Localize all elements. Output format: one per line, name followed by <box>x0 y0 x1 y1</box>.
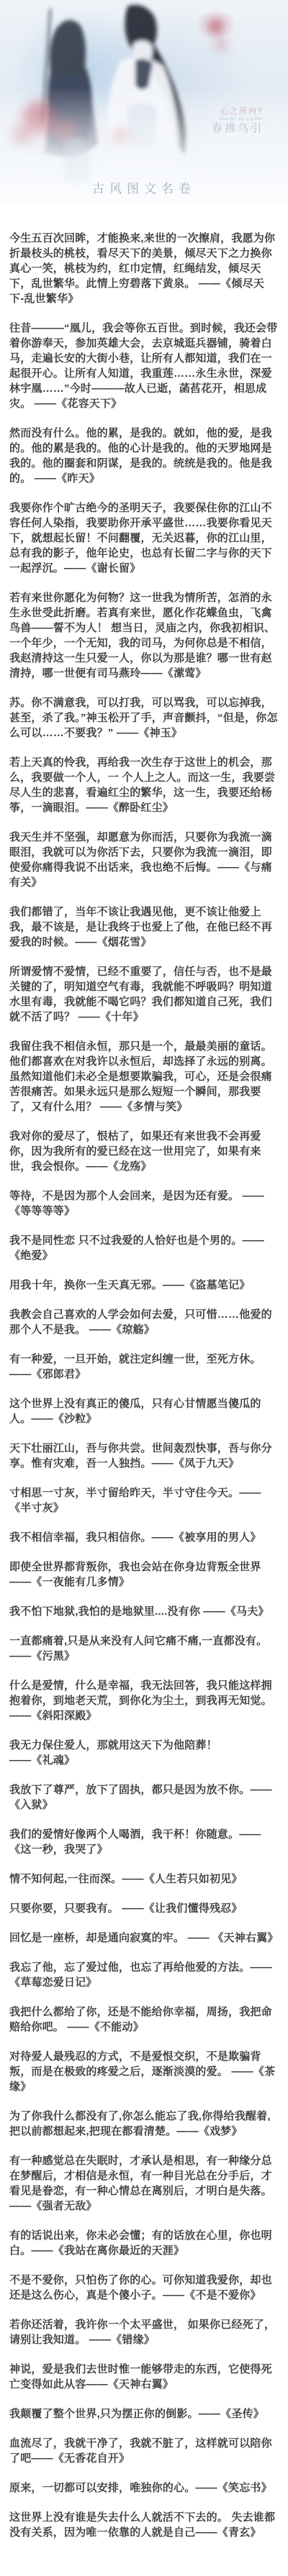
quote-source: ——《多情与笑》 <box>100 1101 188 1113</box>
quote-item: 我天生并不坚强，却愿意为你而活，只要你为我流一滴眼泪，我就可以为你活下去，只要你… <box>9 830 279 890</box>
quote-item: 若有来世你愿化为何物？这一世我为情所苦，怎消的永生永世受此折磨。若真有来世，愿化… <box>9 590 279 681</box>
quote-source: ——《沙粒》 <box>31 1413 96 1425</box>
quote-item: 回忆是一座桥，却是通向寂寞的牢。 —— 《天神右翼》 <box>9 1930 279 1945</box>
quote-source: ——《盗墓笔记》 <box>163 1279 251 1291</box>
quote-source: ——《神玉》 <box>117 727 182 739</box>
quote-item: 有的话说出来，你未必会懂；有的话放在心里，你也明白。——《我站在离你最近的天涯》 <box>9 2228 279 2258</box>
quote-source: ——《花容天下》 <box>35 398 122 410</box>
page-title: 古风图文名卷 <box>0 178 288 196</box>
quote-item: 我教会自己喜欢的人学会如何去爱，只可惜……他爱的那个人不是我。 ——《琼觞》 <box>9 1307 279 1337</box>
quote-source: ——《被享用的男人》 <box>152 1531 261 1544</box>
quote-text: 什么是爱情，什么是幸福，我无法回答，我只能这样拥抱着你，到地老天荒，到你化为尘土… <box>9 1679 272 1707</box>
quote-source: ——《戏梦》 <box>176 2125 242 2137</box>
quote-item: 今生五百次回眸，才能换来,来世的一次擦肩，我愿为你折最枝头的桃枝，看尽天下的美景… <box>9 231 279 306</box>
quote-text: 对待爱人最残忍的方式，不是爱恨交织，不是欺骗背叛，而是在极致的疼爱之后，逐渐淡漠… <box>9 2050 261 2078</box>
quote-text: 只要你要，只要我有。 <box>9 1902 122 1915</box>
quote-text: 等待，不是因为那个人会回来，是因为还有爱。 <box>9 1190 243 1202</box>
quote-text: 回忆是一座桥，却是通向寂寞的牢。 <box>9 1932 188 1944</box>
quote-item: 我忘了他，忘了爱过他，也忘了再给他爱的方法。——《草莓恋爱日记》 <box>9 1960 279 1990</box>
quote-item: 不是不爱你，只怕伤了你的心。可你知道我爱你，却也还是这么伤心，真是个傻小子。——… <box>9 2273 279 2303</box>
quote-source: ——《笑忘书》 <box>195 2482 271 2494</box>
quote-text: 原来，一切都可以安排，唯独你的心。 <box>9 2482 195 2494</box>
quote-source: ——《不是不爱你》 <box>163 2289 261 2301</box>
quote-item: 我放下了尊严，放下了固执，都只是因为放不你。——《入狱》 <box>9 1782 279 1812</box>
quote-text: 有一种爱，一旦开始，就注定纠缠一世，至死方休。 <box>9 1353 261 1365</box>
quote-text: 一直都痛着,只是从来没有人问它痛不痛,一直都没有。 <box>9 1635 267 1647</box>
quote-item: 原来，一切都可以安排，唯独你的心。——《笑忘书》 <box>9 2480 279 2495</box>
quote-list: 今生五百次回眸，才能换来,来世的一次擦肩，我愿为你折最枝头的桃枝，看尽天下的美景… <box>0 202 288 2576</box>
quote-item: 血流尽了，我就干净了，我就不脏了，这样就可以陪你了吧——《无香花自开》 <box>9 2436 279 2466</box>
quote-text: 情不知何起,一往而深。 <box>9 1873 122 1885</box>
quote-source: ——《醉卧红尘》 <box>86 802 174 814</box>
quote-item: 这个世界上没有真正的傻瓜，只有心甘情愿当傻瓜的人。——《沙粒》 <box>9 1396 279 1426</box>
quote-source: ——《让我们懂得残忍》 <box>122 1902 242 1915</box>
quote-item: 等待，不是因为那个人会回来，是因为还有爱。 —— 《等等等等》 <box>9 1188 279 1219</box>
quote-text: 我们的爱情好像两个人喝酒，我干杯！你随意。 <box>9 1828 239 1841</box>
quote-text: 用我十年，换你一生天真无邪。 <box>9 1279 163 1291</box>
quote-item: 我不是同性恋 只不过我爱的人恰好也是个男的。——《绝爱》 <box>9 1233 279 1263</box>
quote-item: 寸相思一寸灰，半寸留给昨天，半寸守住今天。——《半寸灰》 <box>9 1485 279 1516</box>
quote-source: ——《不能动》 <box>67 2021 143 2033</box>
quote-source: ——《错缘》 <box>89 2334 155 2346</box>
quote-item: 什么是爱情，什么是幸福，我无法回答，我只能这样拥抱着你，到地老天荒，到你化为尘土… <box>9 1678 279 1723</box>
quote-item: 神说，爱是我们去世时惟一能够带走的东西，它使得死亡变得如此从容——《天神右翼》 <box>9 2362 279 2392</box>
quote-source: —— 《天神右翼》 <box>188 1932 279 1944</box>
quote-source: ——《琼觞》 <box>89 1324 155 1336</box>
quote-source: ——《一夜能有几多情》 <box>9 1576 130 1588</box>
quote-text: 我不相信幸福，我只相信你。 <box>9 1531 152 1544</box>
quote-source: ——《潆莺》 <box>140 667 206 679</box>
quote-item: 所谓爱情不爱情，已经不重要了，信任与否，也不是最关键的了，明知道空气有毒，我就能… <box>9 964 279 1025</box>
quote-text: 有一种感觉总在失眠时，才承认是相思，有一种缘分总在梦醒后，才相信是永恒，有一种目… <box>9 2155 272 2197</box>
quote-item: 我要你作个旷古绝今的圣明天子，我要保住你的江山不容任何人染指，我要助你开承平盛世… <box>9 500 279 576</box>
quote-text: 我不是同性恋 只不过我爱的人恰好也是个男的。 <box>9 1234 243 1247</box>
quote-source: ——《斜阳深殿》 <box>9 1710 97 1722</box>
quote-item: 苏。你不满意我，可以打我，可以骂我，可以忘掉我，甚至，杀了我。”神玉松开了手，声… <box>9 695 279 741</box>
quote-source: ——《青玄》 <box>195 2526 261 2539</box>
quote-source: ——《谢长留》 <box>64 562 140 574</box>
quote-item: 只要你要，只要我有。 ——《让我们懂得残忍》 <box>9 1901 279 1916</box>
quote-item: 我们都错了，当年不该让我遇见他，更不该让他爱上我，最不该是，是让我终于也爱上了他… <box>9 904 279 950</box>
quote-item: 往昔———“凰儿，我会等你五百世。到时候，我还会带着你游奉天，参加英雄大会，去京… <box>9 321 279 411</box>
quote-item: 若你还活着，我许你一个太平盛世， 如果你已经死了，请别让我知道。 ——《错缘》 <box>9 2317 279 2347</box>
quote-source: ——《龙殇》 <box>86 1160 151 1173</box>
quote-text: 若有来世你愿化为何物？这一世我为情所苦，怎消的永生永世受此折磨。若真有来世，愿化… <box>9 592 275 679</box>
quote-source: ——《马夫》 <box>203 1605 269 1618</box>
quote-item: 我无力保住爱人，那就用这天下为他陪葬！——《礼魂》 <box>9 1738 279 1768</box>
article-page: 心之所向? design by yiyomr 春拂鸟引 古风图文名卷 今生五百次… <box>0 0 288 2576</box>
quote-source: ——《圣传》 <box>199 2408 264 2420</box>
quote-source: ——《我站在离你最近的天涯》 <box>31 2245 184 2257</box>
quote-item: 用我十年，换你一生天真无邪。——《盗墓笔记》 <box>9 1278 279 1293</box>
quote-source: ——《昨天》 <box>35 472 100 485</box>
quote-item: 天下壮丽江山，吾与你共尝。世间轰烈快事，吾与你分享。惟有灾难，吾一人独挡。——《… <box>9 1441 279 1471</box>
quote-item: 即使全世界都背叛你，我也会站在你身边背叛全世界 ——《一夜能有几多情》 <box>9 1559 279 1590</box>
quote-source: ——《天神右翼》 <box>86 2378 174 2391</box>
quote-item: 情不知何起,一往而深。——《人生若只如初见》 <box>9 1871 279 1887</box>
quote-item: 有一种感觉总在失眠时，才承认是相思，有一种缘分总在梦醒后，才相信是永恒，有一种目… <box>9 2153 279 2214</box>
quote-item: 对待爱人最残忍的方式，不是爱恨交织，不是欺骗背叛，而是在极致的疼爱之后，逐渐淡漠… <box>9 2049 279 2094</box>
quote-source: ——《烟花雪》 <box>75 936 151 948</box>
quote-source: ——《强者无敌》 <box>9 2200 97 2212</box>
quote-item: 我对你的爱尽了，恨枯了，如果还有来世我不会再爱你，因为我所有的爱已经在这一世用完… <box>9 1129 279 1174</box>
quote-item: 有一种爱，一旦开始，就注定纠缠一世，至死方休。——《邪郎君》 <box>9 1352 279 1382</box>
quote-item: 为了你我什么都没有了,你怎么能忘了我,你得给我醒着,把以前都想起来,把现在都看清… <box>9 2109 279 2139</box>
quote-source: ——《污黑》 <box>9 1650 75 1662</box>
quote-source: ——《礼魂》 <box>9 1754 75 1766</box>
header-illustration: 心之所向? design by yiyomr 春拂鸟引 古风图文名卷 <box>0 0 288 202</box>
quote-text: 即使全世界都背叛你，我也会站在你身边背叛全世界 <box>9 1561 261 1573</box>
quote-text: 往昔———“凰儿，我会等你五百世。到时候，我还会带着你游奉天，参加英雄大会，去京… <box>9 322 278 410</box>
quote-source: ——《无香花自开》 <box>31 2452 130 2465</box>
quote-source: ——《凤于九天》 <box>152 1457 240 1470</box>
quote-item: 一直都痛着,只是从来没有人问它痛不痛,一直都没有。——《污黑》 <box>9 1633 279 1664</box>
quote-item: 我留住我不相信永恒，那只是一个，最最美丽的童话。他们都喜欢在对我许以永恒后，却选… <box>9 1039 279 1114</box>
quote-item: 我不怕下地狱,我怕的是地狱里....没有你 ——《马夫》 <box>9 1604 279 1619</box>
quote-item: 我把什么都给了你，还是不能给你幸福，周扬，我把命赔给你吧。 ——《不能动》 <box>9 2004 279 2035</box>
quote-item: 这世界上没有谁是失去什么人就活不下去的。 失去谁都没有关系，因为唯一依靠的人就是… <box>9 2510 279 2540</box>
quote-source: ——《十年》 <box>78 1011 144 1023</box>
quote-item: 若上天真的怜我，再给我一次生存于这世上的机会，那么，我要做一个人，一 个人上之人… <box>9 755 279 815</box>
illustration-figures <box>0 0 288 202</box>
quote-item: 我们的爱情好像两个人喝酒，我干杯！你随意。——《这一秒，我哭了》 <box>9 1827 279 1857</box>
quote-text: 寸相思一寸灰，半寸留给昨天，半寸守住今天。 <box>9 1487 239 1499</box>
quote-text: 我放下了尊严，放下了固执，都只是因为放不你。 <box>9 1784 250 1796</box>
quote-text: 我无力保住爱人，那就用这天下为他陪葬！ <box>9 1739 217 1751</box>
quote-source: ——《邪郎君》 <box>9 1368 86 1380</box>
quote-text: 我颠覆了整个世界,只为摆正你的倒影。 <box>9 2408 199 2420</box>
quote-item: 我不相信幸福，我只相信你。——《被享用的男人》 <box>9 1530 279 1545</box>
quote-text: 我不怕下地狱,我怕的是地狱里....没有你 <box>9 1605 203 1618</box>
quote-item: 然而没有什么。他的累，是我的。就如，他的爱，是我的。他的累是我的。他的心计是我的… <box>9 426 279 486</box>
quote-source: ——《人生若只如初见》 <box>122 1873 242 1885</box>
quote-item: 我颠覆了整个世界,只为摆正你的倒影。——《圣传》 <box>9 2406 279 2421</box>
quote-text: 我忘了他，忘了爱过他，也忘了再给他爱的方法。 <box>9 1961 250 1974</box>
